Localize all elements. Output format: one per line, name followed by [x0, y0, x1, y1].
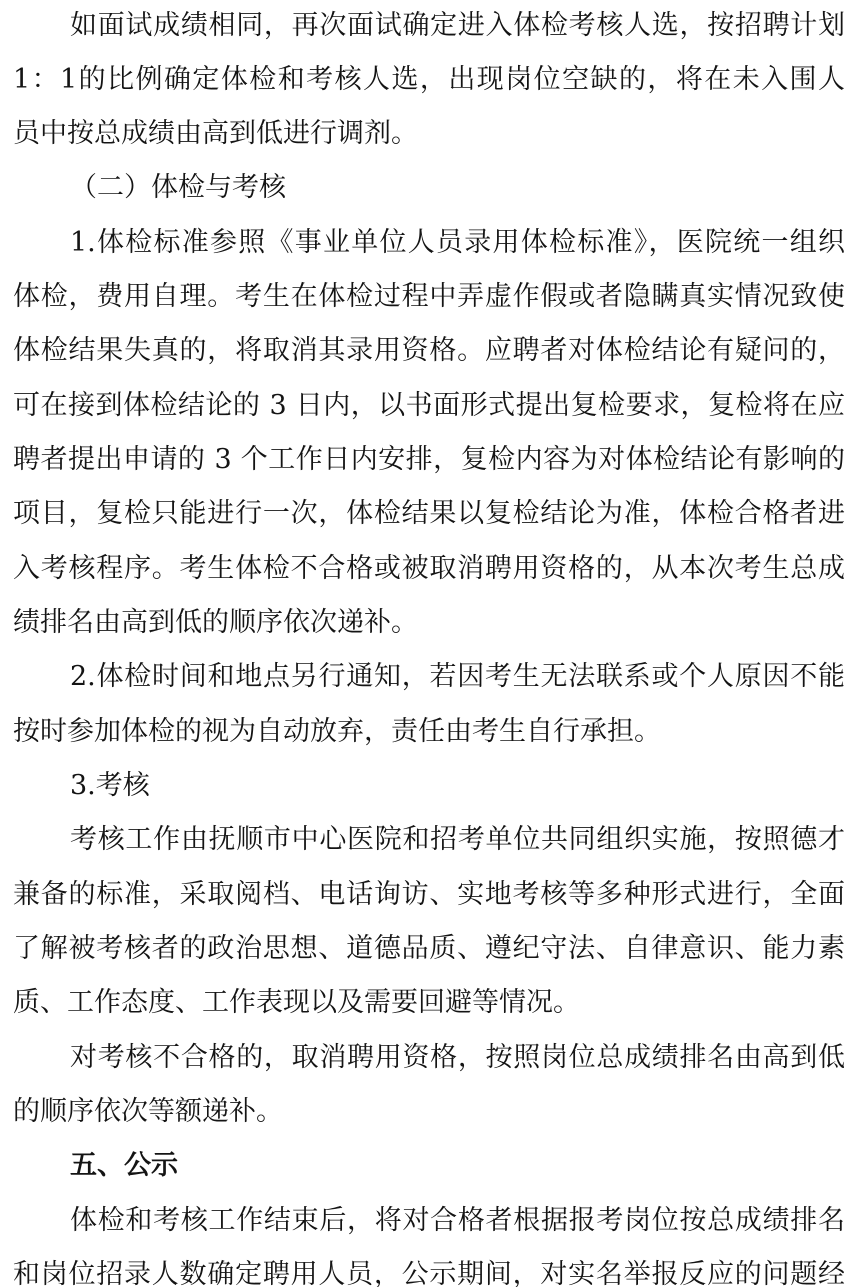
paragraph-line: 和岗位招录人数确定聘用人员，公示期间，对实名举报反应的问题经 [13, 1255, 845, 1287]
section-heading: 五、公示 [70, 1146, 178, 1186]
item-heading: 3.考核 [70, 766, 150, 806]
subsection-heading: （二）体检与考核 [70, 168, 286, 208]
paragraph-line: 可在接到体检结论的 3 日内，以书面形式提出复检要求，复检将在应 [13, 386, 845, 426]
paragraph-line: 1.体检标准参照《事业单位人员录用体检标准》，医院统一组织 [70, 223, 845, 263]
paragraph-line: 聘者提出申请的 3 个工作日内安排，复检内容为对体检结论有影响的 [13, 440, 845, 480]
paragraph-line: 质、工作态度、工作表现以及需要回避等情况。 [13, 983, 580, 1023]
paragraph-line: 的顺序依次等额递补。 [13, 1092, 283, 1132]
paragraph-line: 了解被考核者的政治思想、道德品质、遵纪守法、自律意识、能力素 [13, 929, 845, 969]
paragraph-line: 体检结果失真的，将取消其录用资格。应聘者对体检结论有疑问的， [13, 331, 845, 371]
paragraph-line: 入考核程序。考生体检不合格或被取消聘用资格的，从本次考生总成 [13, 549, 845, 589]
paragraph-line: 体检，费用自理。考生在体检过程中弄虚作假或者隐瞒真实情况致使 [13, 277, 845, 317]
paragraph-line: 兼备的标准，采取阅档、电话询访、实地考核等多种形式进行，全面 [13, 875, 845, 915]
paragraph-line: 1：1的比例确定体检和考核人选，出现岗位空缺的，将在未入围人 [13, 60, 845, 100]
paragraph-line: 员中按总成绩由高到低进行调剂。 [13, 114, 418, 154]
paragraph-line: 对考核不合格的，取消聘用资格，按照岗位总成绩排名由高到低 [70, 1038, 845, 1078]
paragraph-line: 绩排名由高到低的顺序依次递补。 [13, 603, 418, 643]
paragraph-line: 考核工作由抚顺市中心医院和招考单位共同组织实施，按照德才 [70, 820, 845, 860]
paragraph-line: 2.体检时间和地点另行通知，若因考生无法联系或个人原因不能 [70, 657, 845, 697]
paragraph-line: 体检和考核工作结束后，将对合格者根据报考岗位按总成绩排名 [70, 1201, 845, 1241]
paragraph-line: 按时参加体检的视为自动放弃，责任由考生自行承担。 [13, 712, 661, 752]
paragraph-line: 如面试成绩相同，再次面试确定进入体检考核人选，按招聘计划 [70, 6, 845, 46]
paragraph-line: 项目，复检只能进行一次，体检结果以复检结论为准，体检合格者进 [13, 494, 845, 534]
